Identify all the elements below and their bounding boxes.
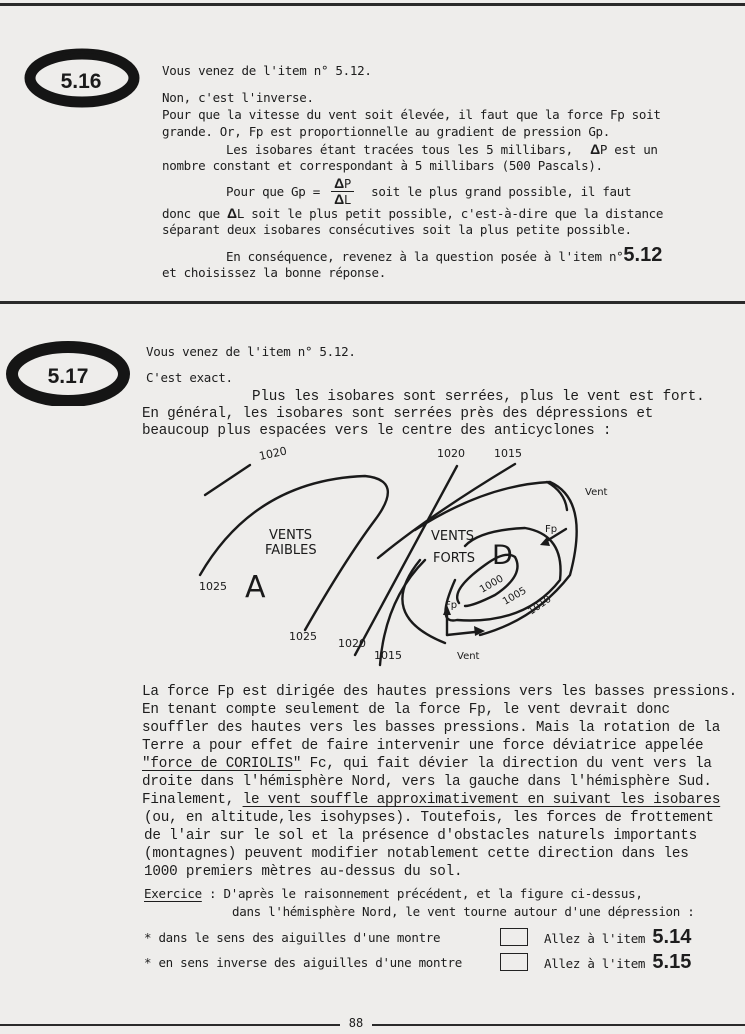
delta-symbol: Δ xyxy=(590,141,600,157)
option-goto: Allez à l'item 5.14 xyxy=(544,926,691,949)
item-reference-link[interactable]: 5.14 xyxy=(652,926,691,948)
from-item-text: Vous venez de l'item n° 5.12. xyxy=(162,63,372,78)
item-reference-link[interactable]: 5.15 xyxy=(652,951,691,973)
item-badge-516: 5.16 xyxy=(22,44,140,108)
page-number: 88 xyxy=(342,1016,370,1030)
strong-winds-label: VENTS xyxy=(431,529,474,544)
text-line: souffler des hautes vers les basses pres… xyxy=(142,720,720,736)
coriolis-term: "force de CORIOLIS" xyxy=(142,756,301,772)
strong-winds-label: FORTS xyxy=(433,551,475,566)
text-line: 1000 premiers mètres au-dessus du sol. xyxy=(144,864,462,880)
text-line: La force Fp est dirigée des hautes press… xyxy=(142,684,737,700)
exercise-line: Exercice : D'après le raisonnement précé… xyxy=(144,886,643,901)
pressure-force-label: Fp xyxy=(545,524,557,535)
fraction-numerator: P xyxy=(344,177,351,191)
isobar-label: 1020 xyxy=(258,444,288,463)
goto-text: Allez à l'item xyxy=(544,931,645,946)
isobar-label: 1020 xyxy=(338,637,366,650)
option-checkbox-counterclockwise[interactable] xyxy=(500,953,528,971)
item-badge-517: 5.17 xyxy=(4,336,132,406)
text-segment: L soit le plus petit possible, c'est-à-d… xyxy=(237,206,663,221)
wind-label: Vent xyxy=(457,651,480,662)
weak-winds-label: FAIBLES xyxy=(265,543,317,558)
text-line: "force de CORIOLIS" Fc, qui fait dévier … xyxy=(142,756,712,772)
text-line: En tenant compte seulement de la force F… xyxy=(142,702,670,718)
text-line: (montagnes) peuvent modifier notablement… xyxy=(144,846,689,862)
text-line: Finalement, le vent souffle approximativ… xyxy=(142,792,720,808)
text-line: beaucoup plus espacées vers le centre de… xyxy=(142,423,611,439)
delta-symbol: Δ xyxy=(227,205,237,221)
pressure-force-label: Fp xyxy=(445,600,457,611)
text-line: séparant deux isobares consécutives soit… xyxy=(162,222,632,237)
footer-rule-left xyxy=(0,1024,340,1026)
text-line: Plus les isobares sont serrées, plus le … xyxy=(252,389,705,405)
text-segment: donc que xyxy=(162,206,220,221)
weak-winds-label: VENTS xyxy=(269,528,312,543)
text-segment: En conséquence, revenez à la question po… xyxy=(226,249,623,264)
text-line: droite dans l'hémisphère Nord, vers la g… xyxy=(142,774,712,790)
exercise-line: dans l'hémisphère Nord, le vent tourne a… xyxy=(232,904,694,919)
top-rule xyxy=(0,3,745,6)
text-line: En conséquence, revenez à la question po… xyxy=(226,244,662,267)
text-line: En général, les isobares sont serrées pr… xyxy=(142,406,653,422)
text-segment: Pour que Gp = xyxy=(226,184,320,199)
isobar-label: 1025 xyxy=(199,580,227,593)
isobar-diagram: 1020 1025 1025 VENTS FAIBLES A 1020 1015… xyxy=(195,440,615,690)
text-line: Les isobares étant tracées tous les 5 mi… xyxy=(226,141,658,157)
text-line: (ou, en altitude,les isohypses). Toutefo… xyxy=(144,810,714,826)
answer-feedback: Non, c'est l'inverse. xyxy=(162,90,314,105)
text-segment: P est un xyxy=(600,142,658,157)
item-reference-link[interactable]: 5.12 xyxy=(623,244,662,266)
goto-text: Allez à l'item xyxy=(544,956,645,971)
text-line: de l'air sur le sol et la présence d'obs… xyxy=(144,828,697,844)
text-segment: Les isobares étant tracées tous les 5 mi… xyxy=(226,142,573,157)
option-text: * dans le sens des aiguilles d'une montr… xyxy=(144,930,440,945)
anticyclone-label: A xyxy=(245,570,266,605)
text-line: et choisissez la bonne réponse. xyxy=(162,265,386,280)
text-line: grande. Or, Fp est proportionnelle au gr… xyxy=(162,124,610,139)
text-segment: Finalement, xyxy=(142,792,243,808)
option-goto: Allez à l'item 5.15 xyxy=(544,951,691,974)
text-segment: : D'après le raisonnement précédent, et … xyxy=(202,886,643,901)
text-segment: soit le plus grand possible, il faut xyxy=(371,184,631,199)
wind-label: Vent xyxy=(585,487,608,498)
isobar-label: 1000 xyxy=(478,573,506,595)
isobar-label: 1020 xyxy=(437,447,465,460)
isobar-label: 1025 xyxy=(289,630,317,643)
from-item-text: Vous venez de l'item n° 5.12. xyxy=(146,344,356,359)
option-checkbox-clockwise[interactable] xyxy=(500,928,528,946)
text-segment: Fc, qui fait dévier la direction du vent… xyxy=(301,756,712,772)
isobar-label: 1015 xyxy=(494,447,522,460)
text-line: Terre a pour effet de faire intervenir u… xyxy=(142,738,703,754)
delta-symbol: Δ xyxy=(334,175,344,191)
isobar-label: 1010 xyxy=(526,594,553,618)
item-number: 5.16 xyxy=(22,44,140,114)
text-line: donc que ΔL soit le plus petit possible,… xyxy=(162,205,663,221)
text-line: nombre constant et correspondant à 5 mil… xyxy=(162,158,603,173)
key-statement: le vent souffle approximativement en sui… xyxy=(243,792,721,808)
item-number: 5.17 xyxy=(4,336,132,412)
depression-label: D xyxy=(492,540,513,571)
exercise-label: Exercice xyxy=(144,886,202,901)
formula-line: Pour que Gp = ΔP ΔL soit le plus grand p… xyxy=(226,176,631,207)
text-line: Pour que la vitesse du vent soit élevée,… xyxy=(162,107,661,122)
option-text: * en sens inverse des aiguilles d'une mo… xyxy=(144,955,462,970)
footer-rule-right xyxy=(372,1024,745,1026)
gradient-fraction: ΔP ΔL xyxy=(331,176,354,207)
section-divider xyxy=(0,301,745,304)
answer-feedback: C'est exact. xyxy=(146,370,233,385)
isobar-label: 1015 xyxy=(374,649,402,662)
